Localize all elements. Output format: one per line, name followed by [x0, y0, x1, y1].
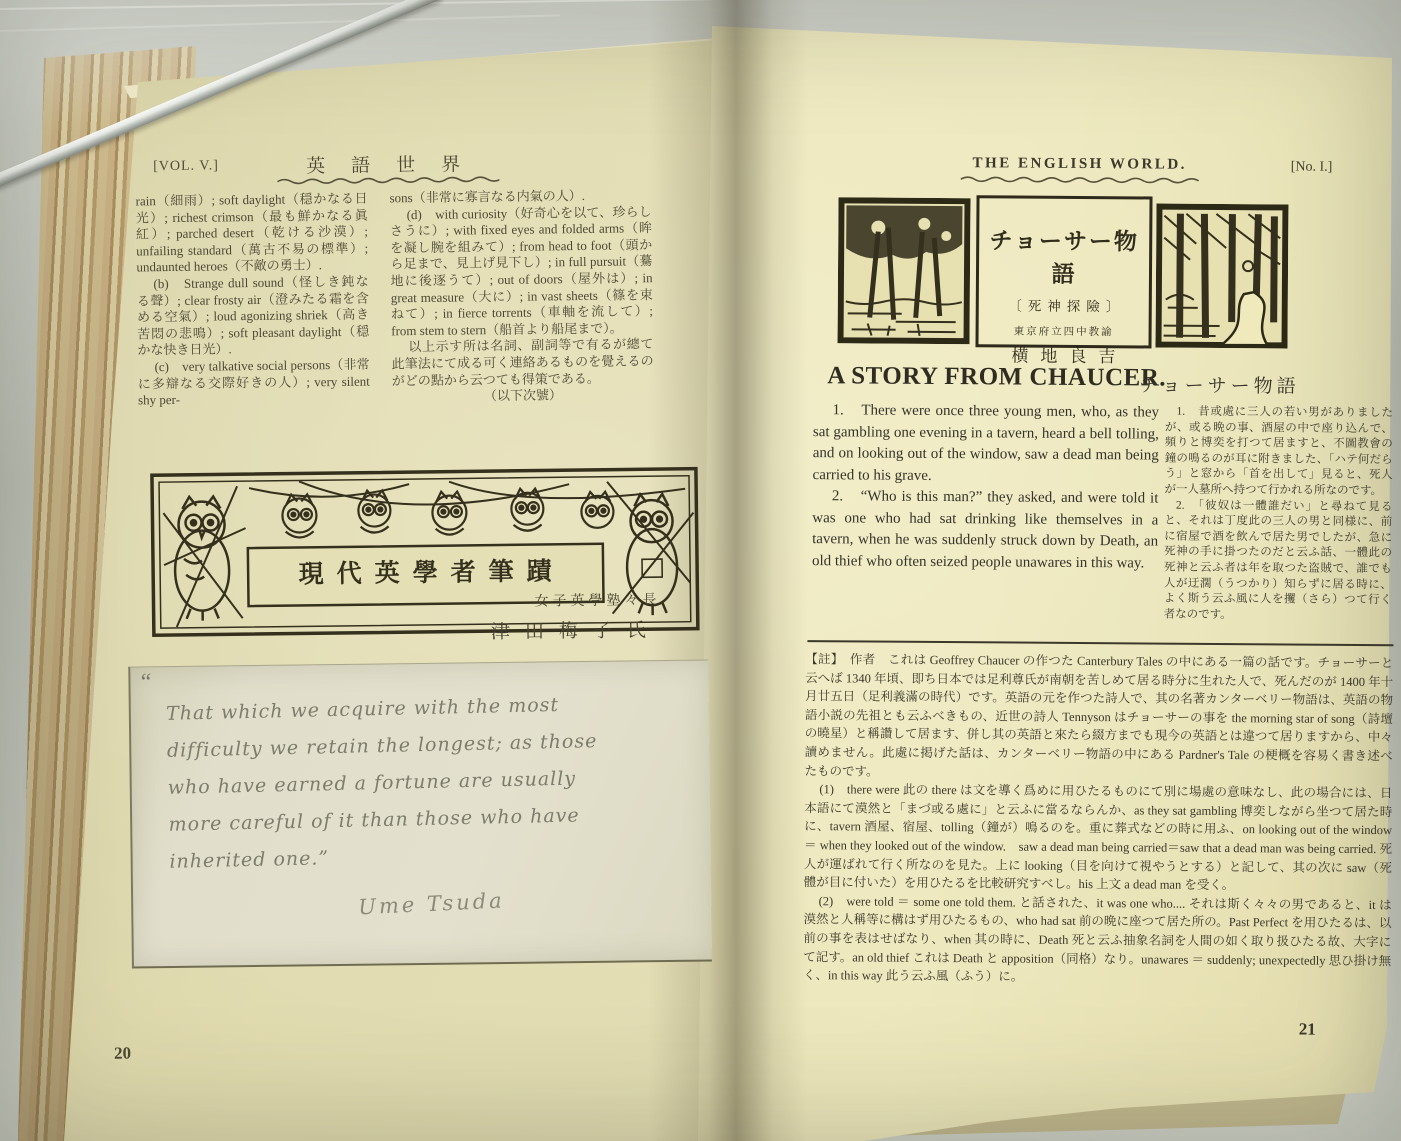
story-author-affiliation: 東京府立四中教諭: [979, 323, 1149, 339]
section-divider-rule: [807, 640, 1393, 646]
english-paragraph: 2. “Who is this man?” they asked, and we…: [812, 486, 1159, 574]
story-subtitle: 〔死神探險〕: [979, 294, 1149, 315]
story-japanese-column: 1. 昔或處に三人の若い男がありましたが、或る晩の事、酒屋の中で座り込んで、頻り…: [1164, 405, 1394, 625]
story-title-box: チョーサー物語 〔死神探險〕 東京府立四中教諭 横地良吉: [975, 195, 1152, 348]
annotation-notes: 【註】 作者 これは Geoffrey Chaucer の作つた Canterb…: [803, 650, 1393, 989]
story-english-column: 1. There were once three young men, who,…: [812, 400, 1159, 574]
wavy-underline: [961, 175, 1201, 185]
trees-by-water-woodcut: [838, 197, 971, 344]
notes-paragraph: 【註】 作者 これは Geoffrey Chaucer の作つた Canterb…: [804, 650, 1393, 784]
trees-and-path-woodcut: [1155, 204, 1288, 349]
english-paragraph: 1. There were once three young men, who,…: [813, 400, 1160, 488]
journal-title-english: THE ENGLISH WORLD.: [955, 155, 1205, 174]
notes-paragraph: (1) there were 此の there は文を導く爲めに用ひたるものにて…: [804, 780, 1393, 896]
right-page-content: THE ENGLISH WORLD. [No. I.] チョーサー物語 〔死神探…: [0, 0, 1401, 1141]
page-number-right: 21: [1299, 1020, 1316, 1040]
article-heading-japanese: チョーサー物語: [1139, 370, 1300, 398]
article-heading-english: A STORY FROM CHAUCER.: [827, 362, 1166, 392]
issue-number-label: [No. I.]: [1291, 159, 1333, 175]
notes-paragraph: (2) were told ＝ some one told them. と話され…: [803, 892, 1392, 989]
japanese-paragraph: 2. 「彼奴は一體誰だい」と尋ねて見ると、それは丁度此の三人の男と同様に、前に宿…: [1164, 498, 1393, 624]
story-title: チョーサー物語: [979, 222, 1149, 289]
japanese-paragraph: 1. 昔或處に三人の若い男がありましたが、或る晩の事、酒屋の中で座り込んで、頻り…: [1164, 405, 1393, 500]
